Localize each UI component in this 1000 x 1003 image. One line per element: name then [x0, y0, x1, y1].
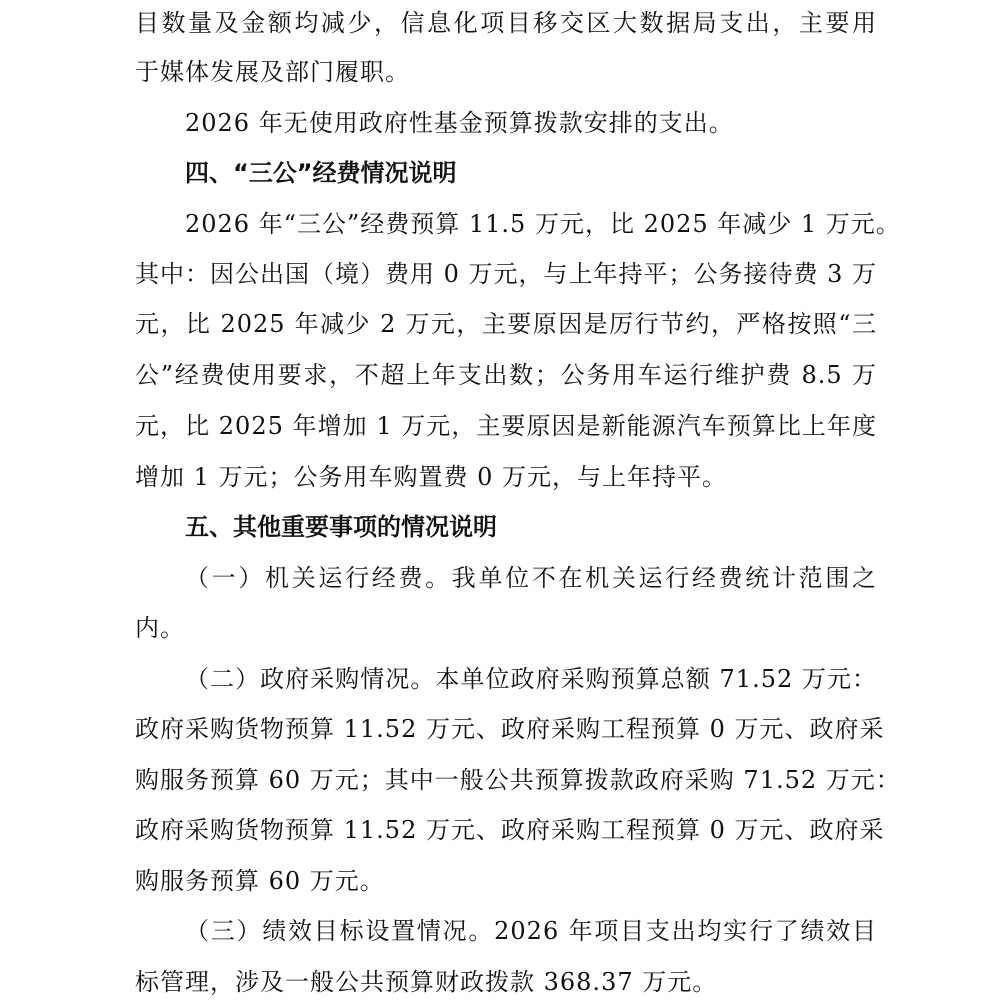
paragraph-line: 2026 年“三公”经费预算 11.5 万元，比 2025 年减少 1 万元。	[185, 199, 877, 249]
paragraph-line: （三）绩效目标设置情况。2026 年项目支出均实行了绩效目	[185, 906, 877, 956]
section-heading-4: 四、“三公”经费情况说明	[185, 148, 457, 198]
paragraph-line: 增加 1 万元；公务用车购置费 0 万元，与上年持平。	[135, 452, 727, 502]
paragraph-line: 于媒体发展及部门履职。	[135, 47, 410, 97]
paragraph-line: 其中：因公出国（境）费用 0 万元，与上年持平；公务接待费 3 万	[135, 249, 877, 299]
paragraph-line: 政府采购货物预算 11.52 万元、政府采购工程预算 0 万元、政府采	[135, 805, 877, 855]
paragraph-line: （一）机关运行经费。我单位不在机关运行经费统计范围之	[185, 553, 877, 603]
paragraph-line: 政府采购货物预算 11.52 万元、政府采购工程预算 0 万元、政府采	[135, 704, 877, 754]
section-heading-5: 五、其他重要事项的情况说明	[185, 502, 497, 552]
paragraph-line: （二）政府采购情况。本单位政府采购预算总额 71.52 万元：	[185, 654, 877, 704]
paragraph-line: 内。	[135, 603, 185, 653]
paragraph-line: 目数量及金额均减少，信息化项目移交区大数据局支出，主要用	[135, 0, 877, 48]
paragraph-line: 购服务预算 60 万元。	[135, 856, 385, 906]
paragraph-line: 购服务预算 60 万元；其中一般公共预算拨款政府采购 71.52 万元：	[135, 755, 877, 805]
paragraph-line: 元，比 2025 年增加 1 万元，主要原因是新能源汽车预算比上年度	[135, 401, 877, 451]
paragraph-line: 2026 年无使用政府性基金预算拨款安排的支出。	[185, 98, 734, 148]
paragraph-line: 元，比 2025 年减少 2 万元，主要原因是厉行节约，严格按照“三	[135, 299, 877, 349]
paragraph-line: 公”经费使用要求，不超上年支出数；公务用车运行维护费 8.5 万	[135, 350, 877, 400]
paragraph-line: 标管理，涉及一般公共预算财政拨款 368.37 万元。	[135, 957, 717, 1003]
